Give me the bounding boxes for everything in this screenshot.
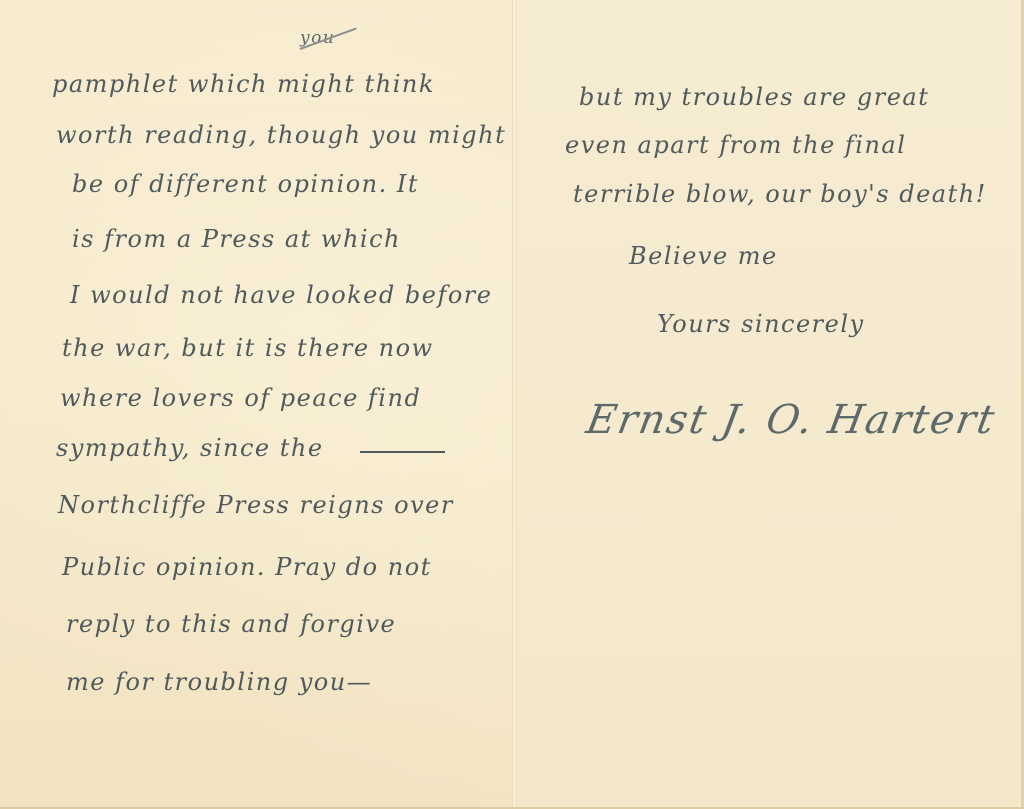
- letter-line-3: be of different opinion. It: [72, 172, 419, 196]
- line-filler-dash: [360, 451, 445, 453]
- scanned-letter: you pamphlet which might think worth rea…: [0, 0, 1024, 809]
- letter-line-7: where lovers of peace find: [60, 386, 421, 410]
- letter-line-4: is from a Press at which: [72, 227, 401, 251]
- letter-line-13: but my troubles are great: [579, 85, 929, 109]
- letter-line-14: even apart from the final: [565, 133, 906, 157]
- letter-line-8: sympathy, since the: [56, 436, 324, 460]
- letter-line-11: reply to this and forgive: [66, 612, 396, 636]
- right-page: but my troubles are great even apart fro…: [517, 0, 1024, 809]
- letter-line-5: I would not have looked before: [70, 283, 492, 307]
- closing-yours-sincerely: Yours sincerely: [657, 312, 865, 336]
- signature: Ernst J. O. Hartert: [583, 400, 998, 440]
- letter-line-9: Northcliffe Press reigns over: [58, 493, 454, 517]
- letter-line-12: me for troubling you—: [66, 670, 372, 694]
- closing-believe-me: Believe me: [629, 244, 778, 268]
- letter-line-15: terrible blow, our boy's death!: [573, 182, 987, 206]
- letter-line-10: Public opinion. Pray do not: [62, 555, 432, 579]
- left-page: you pamphlet which might think worth rea…: [0, 0, 515, 809]
- letter-line-1: pamphlet which might think: [52, 72, 435, 96]
- letter-line-6: the war, but it is there now: [62, 336, 434, 360]
- letter-line-2: worth reading, though you might: [56, 123, 506, 147]
